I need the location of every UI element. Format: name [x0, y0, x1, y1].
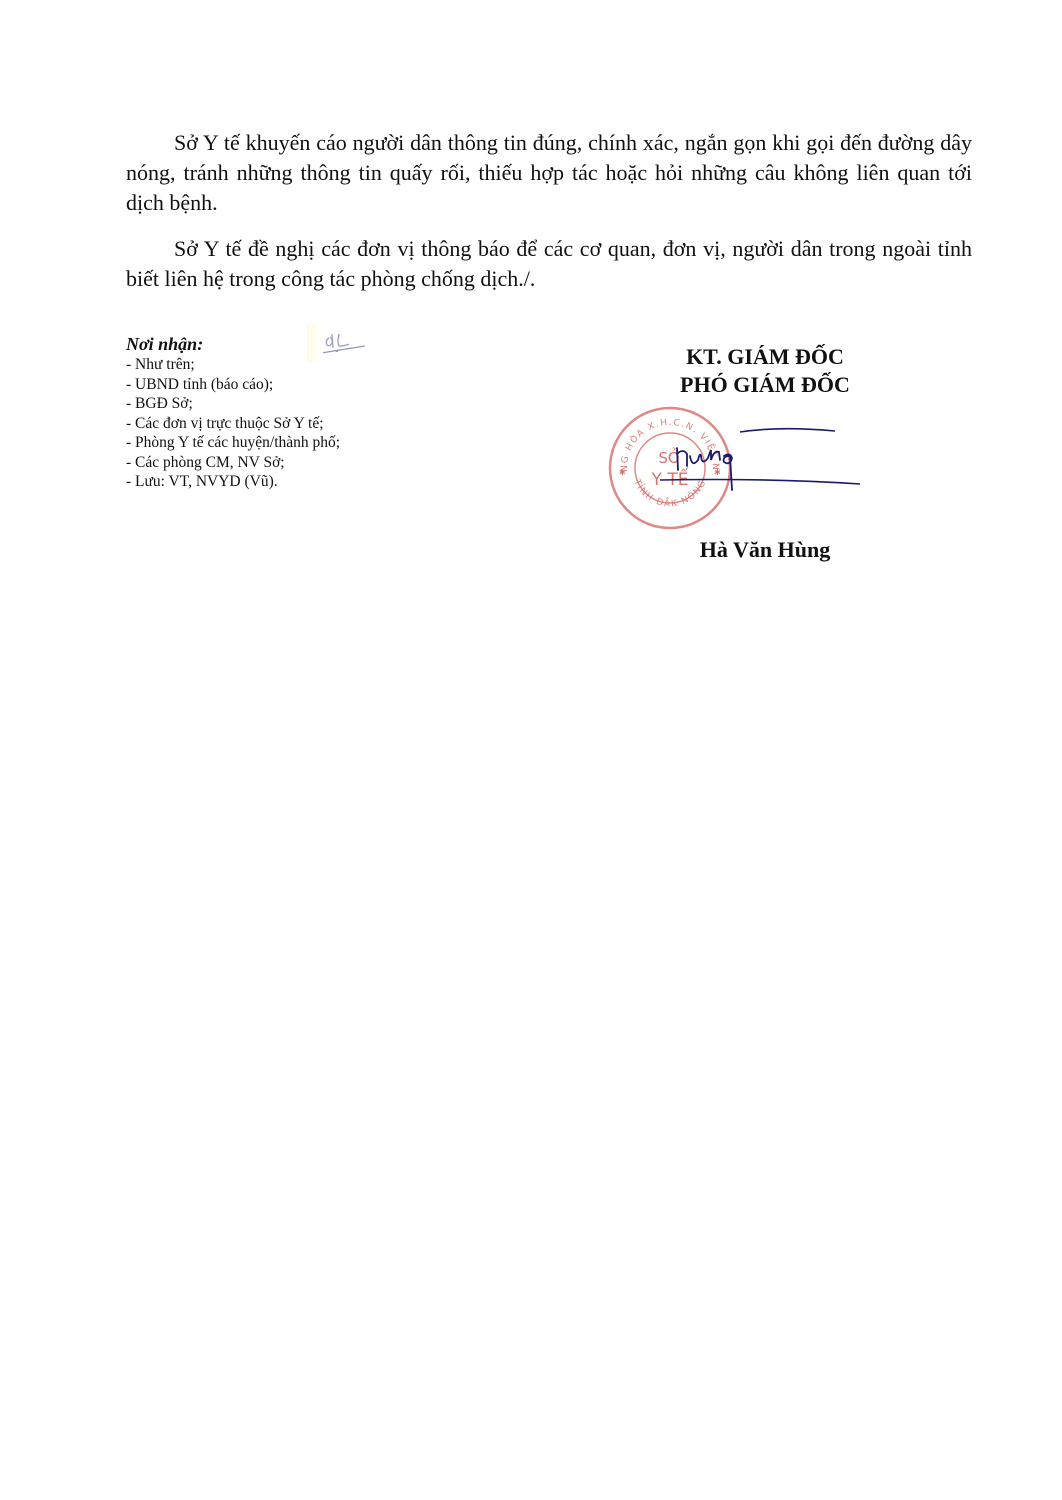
initials-mark	[307, 324, 377, 362]
recipient-item: - Lưu: VT, NVYD (Vũ).	[126, 472, 340, 492]
handwritten-signature-icon	[660, 418, 870, 496]
signature-title-acting: KT. GIÁM ĐỐC	[640, 343, 890, 371]
paragraph-text: Sở Y tế đề nghị các đơn vị thông báo để …	[126, 236, 972, 291]
recipient-item: - Các phòng CM, NV Sở;	[126, 453, 340, 473]
highlight-tint	[307, 324, 323, 362]
signer-name: Hà Văn Hùng	[640, 537, 890, 563]
paragraph-hotline-advice: Sở Y tế khuyến cáo người dân thông tin đ…	[126, 128, 972, 218]
signature-title-position: PHÓ GIÁM ĐỐC	[640, 371, 890, 399]
recipient-item: - UBND tỉnh (báo cáo);	[126, 375, 340, 395]
paragraph-notification-request: Sở Y tế đề nghị các đơn vị thông báo để …	[126, 234, 972, 294]
recipient-item: - BGĐ Sở;	[126, 394, 340, 414]
paragraph-text: Sở Y tế khuyến cáo người dân thông tin đ…	[126, 130, 972, 215]
recipient-item: - Các đơn vị trực thuộc Sở Y tế;	[126, 414, 340, 434]
signature-title-block: KT. GIÁM ĐỐC PHÓ GIÁM ĐỐC	[640, 343, 890, 399]
recipient-item: - Phòng Y tế các huyện/thành phố;	[126, 433, 340, 453]
svg-text:✱: ✱	[619, 468, 626, 477]
